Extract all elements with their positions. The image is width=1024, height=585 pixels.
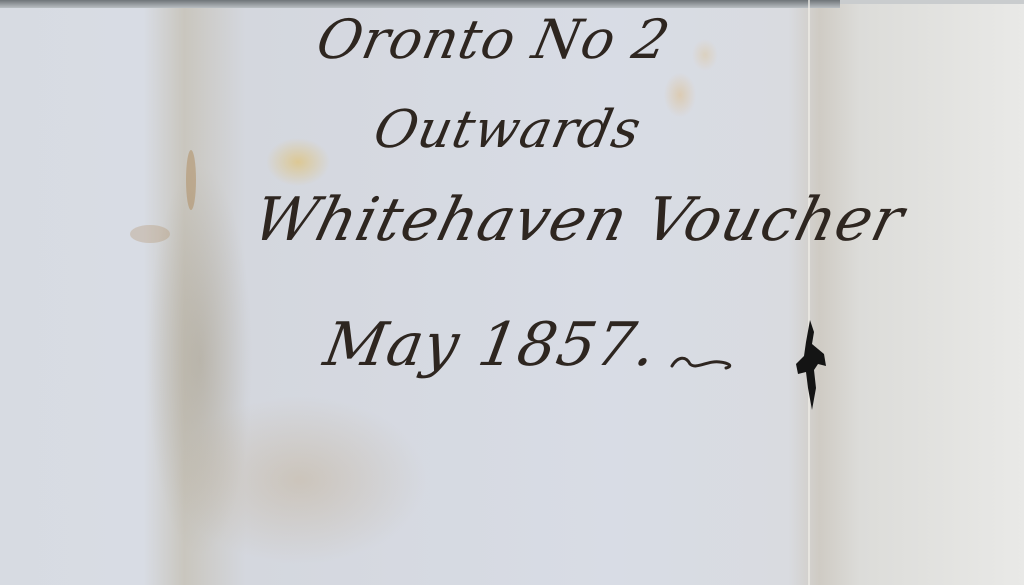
stain-mark: [186, 150, 196, 210]
pen-flourish: [668, 352, 738, 374]
stain-mark: [130, 225, 170, 243]
paper-top-edge-right: [840, 0, 1024, 4]
ink-blot: [790, 318, 830, 414]
docket-line-title: Oronto No 2: [311, 8, 675, 71]
docket-line-direction: Outwards: [369, 100, 647, 160]
docket-line-voucher: Whitehaven Voucher: [246, 185, 911, 255]
docket-line-date: May 1857.: [319, 310, 662, 380]
fold-crease: [808, 0, 810, 585]
paper-top-edge: [0, 0, 840, 8]
paper-document: Oronto No 2 Outwards Whitehaven Voucher …: [0, 0, 1024, 585]
